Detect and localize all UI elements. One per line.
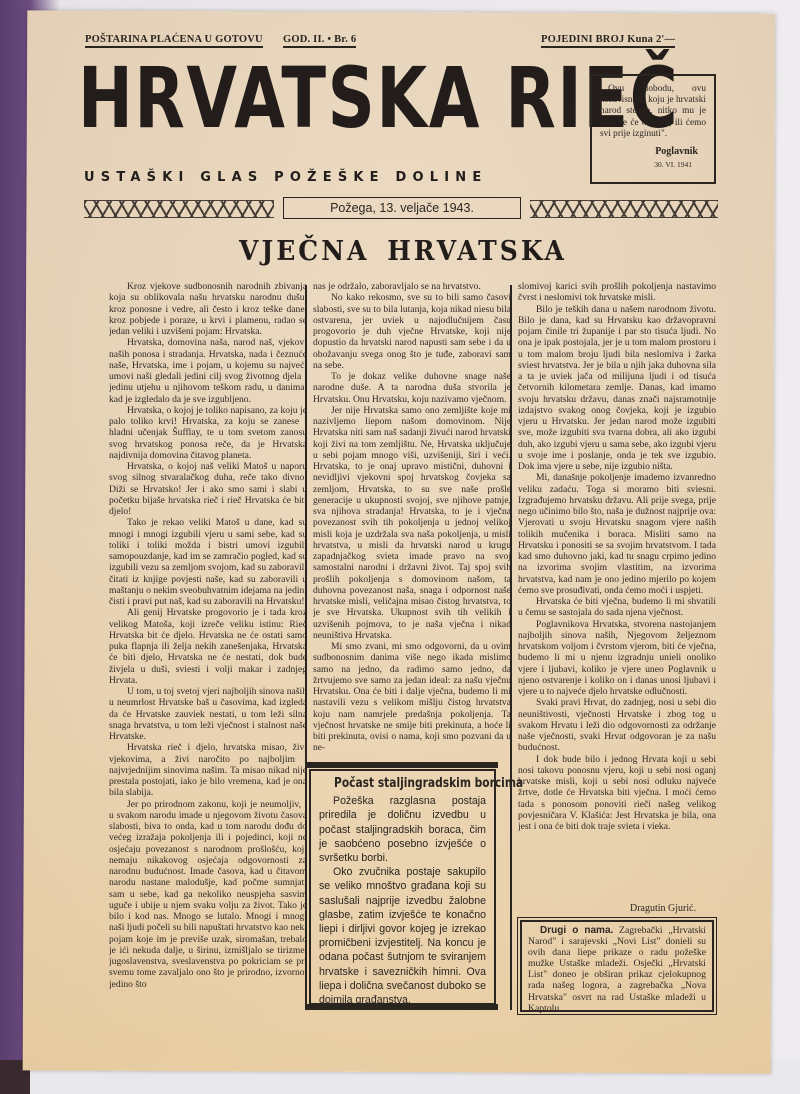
masthead-subtitle: USTAŠKI GLAS POŽEŠKE DOLINE bbox=[84, 170, 487, 185]
article-author: Dragutin Gjurić. bbox=[630, 903, 696, 914]
paragraph: Oko zvučnika postaje sakupilo se veliko … bbox=[319, 865, 486, 1007]
paragraph: Hrvatska rieč i djelo, hrvatska misao, ž… bbox=[109, 742, 307, 798]
paragraph: Mi smo zvani, mi smo odgovorni, da u ovi… bbox=[313, 641, 511, 751]
masthead-title: HRVATSKA RIEČ bbox=[78, 56, 437, 140]
article-column-2: nas je održalo, zaboravljalo se na hrvat… bbox=[313, 281, 511, 751]
quote-author: Poglavnik bbox=[600, 146, 706, 157]
paragraph: Ali genij Hrvatske progovorio je i tada … bbox=[109, 607, 307, 686]
article-column-1: Kroz vjekove sudbonosnih narodnih zbivan… bbox=[109, 281, 307, 1007]
braid-ornament-right bbox=[530, 200, 718, 218]
headline-word-2: HRVATSKA bbox=[387, 235, 567, 267]
paragraph: U tom, u toj svetoj vjeri najboljih sino… bbox=[109, 686, 307, 742]
article-column-3: slomivoj karici svih prošlih pokoljenja … bbox=[518, 281, 716, 901]
article-headline: VJEČNA HRVATSKA bbox=[0, 235, 800, 267]
price-note: POJEDINI BROJ Kuna 2'— bbox=[541, 34, 675, 48]
paragraph: Mi, današnje pokoljenje imademo izvanred… bbox=[518, 472, 716, 596]
paragraph: Jer po prirodnom zakonu, koji je neumolj… bbox=[109, 799, 307, 990]
issue-number: GOD. II. • Br. 6 bbox=[283, 34, 356, 48]
paragraph: No kako rekosmo, sve su to bili samo čas… bbox=[313, 292, 511, 371]
quote-text: „Ovu slobodu, ovu nezavisnost, koju je h… bbox=[600, 84, 706, 140]
paragraph: Bilo je teških dana u našem narodnom živ… bbox=[518, 304, 716, 473]
stalingrad-tribute-box: Počast staljingradskim borcima Požeška r… bbox=[309, 769, 496, 1005]
column-divider bbox=[510, 285, 512, 1010]
paragraph: Hrvatska, o kojoj je toliko napisano, za… bbox=[109, 405, 307, 461]
box-bottom-bar bbox=[307, 1004, 498, 1010]
paragraph: To je dokaz velike duhovne snage naše na… bbox=[313, 371, 511, 405]
paragraph: Hrvatska, domovina naša, narod naš, vjek… bbox=[109, 337, 307, 405]
headline-word-1: VJEČNA bbox=[239, 235, 369, 267]
box-title: Počast staljingradskim borcima bbox=[334, 777, 471, 791]
others-about-us-box: Drugi o nama. Zagrebački „Hrvatski Narod… bbox=[520, 920, 714, 1012]
paragraph: Poglavnikova Hrvatska, stvorena nastojan… bbox=[518, 619, 716, 698]
paragraph: Kroz vjekove sudbonosnih narodnih zbivan… bbox=[109, 281, 307, 337]
note-lead: Drugi o nama. bbox=[540, 925, 613, 936]
column-divider bbox=[305, 285, 307, 1010]
quote-date: 30. VI. 1941 bbox=[600, 159, 706, 170]
paragraph: Jer nije Hrvatska samo ono zemljište koj… bbox=[313, 405, 511, 641]
paragraph: Svaki pravi Hrvat, do zadnjeg, nosi u se… bbox=[518, 697, 716, 753]
paragraph: nas je održalo, zaboravljalo se na hrvat… bbox=[313, 281, 511, 292]
box-top-bar bbox=[307, 762, 498, 768]
paragraph: Tako je rekao veliki Matoš u dane, kad s… bbox=[109, 517, 307, 607]
paragraph: slomivoj karici svih prošlih pokoljenja … bbox=[518, 281, 716, 304]
paragraph: Požeška razglasna postaja priredila je d… bbox=[319, 794, 486, 865]
paragraph: I dok bude bilo i jednog Hrvata koji u s… bbox=[518, 754, 716, 833]
braid-ornament-left bbox=[84, 200, 274, 218]
postage-note: POŠTARINA PLAĆENA U GOTOVU bbox=[85, 34, 263, 48]
note-text: Zagrebački „Hrvatski Narod" i sarajevski… bbox=[528, 925, 706, 1014]
date-banner: Požega, 13. veljače 1943. bbox=[84, 197, 718, 221]
issue-date: Požega, 13. veljače 1943. bbox=[283, 197, 521, 219]
poglavnik-quote-box: „Ovu slobodu, ovu nezavisnost, koju je h… bbox=[590, 74, 716, 184]
paragraph: Hrvatska će biti vječna, budemo li mi sh… bbox=[518, 596, 716, 619]
paragraph: Hrvatska, o kojoj naš veliki Matoš u nap… bbox=[109, 461, 307, 517]
